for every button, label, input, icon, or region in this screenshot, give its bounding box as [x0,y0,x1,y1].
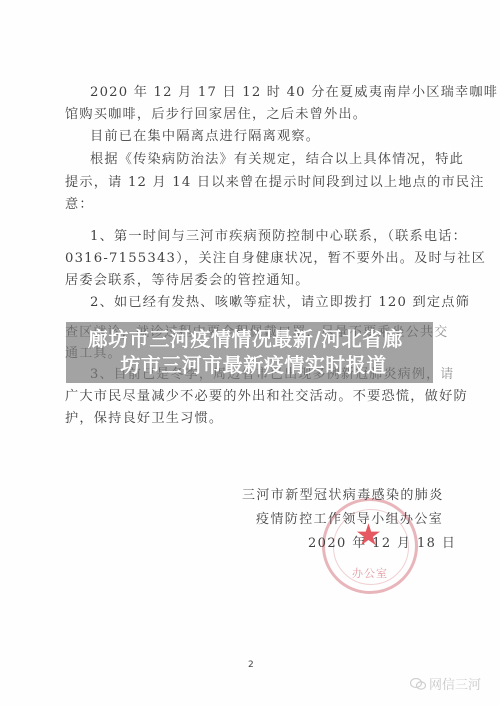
paragraph-line: 2020 年 12 月 17 日 12 时 40 分在夏威夷南岸小区瑞幸咖啡 [90,85,498,101]
page-number: 2 [248,660,254,670]
signature-org-line1: 三河市新型冠状病毒感染的肺炎 [242,488,444,504]
paragraph-line: 1、第一时间与三河市疾病预防控制中心联系，（联系电话： [90,229,467,245]
signature-org-line2: 疫情防控工作领导小组办公室 [256,512,443,528]
paragraph-line: 馆购买咖啡，后步行回家居住，之后未曾外出。 [65,107,367,123]
paragraph-line: 2、如已经有发热、咳嗽等症状，请立即拨打 120 到定点筛 [90,295,470,311]
document-page: 2020 年 12 月 17 日 12 时 40 分在夏威夷南岸小区瑞幸咖啡 馆… [0,0,500,706]
paragraph-line: 居委会联系，等待居委会的管控通知。 [65,273,310,289]
headline-overlay: 查区就诊，就诊过程中要全程佩戴口罩，尽量不要乘坐公共交 通工具。 3、目前已是冬… [66,322,433,383]
paragraph-line: 目前已在集中隔离点进行隔离观察。 [90,129,320,145]
paragraph-line: 护，保持良好卫生习惯。 [65,411,223,427]
signature-date: 2020 年 12 月 18 日 [308,536,456,552]
source-watermark: 网信三河 [410,674,481,693]
paragraph-line: 广大市民尽量减少不必要的外出和社交活动。不要恐慌，做好防 [65,389,468,405]
seal-text: 办公室 [352,565,388,581]
headline-title-line2: 坊市三河市最新疫情实时报道 [70,353,437,377]
watermark-label: 网信三河 [429,674,481,693]
paragraph-line: 提示，请 12 月 14 日以来曾在提示时间段到过以上地点的市民注 [65,175,485,191]
paragraph-line: 根据《传染病防治法》有关规定，结合以上具体情况，特此 [90,152,464,168]
wechat-icon [410,678,426,690]
headline-title-line1: 廊坊市三河疫情情况最新/河北省廊 [62,327,429,351]
paragraph-line: 0316-7155343），关注自身健康状况，暂不要外出。及时与社区 [65,251,486,267]
paragraph-line: 意： [65,197,94,213]
